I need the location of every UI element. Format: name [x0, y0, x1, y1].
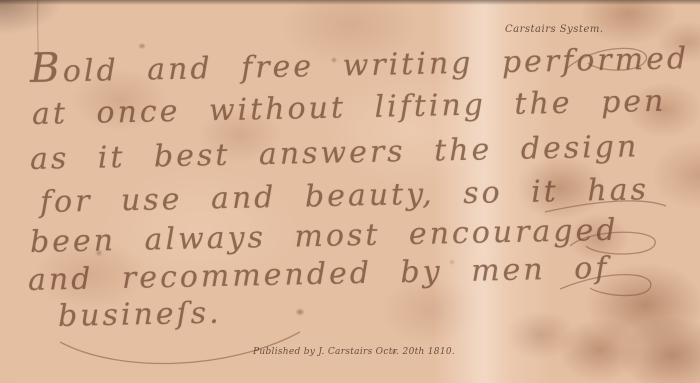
series-caption: Carstairs System.: [505, 24, 604, 35]
handwritten-line-3: as it best answers the design: [30, 132, 640, 175]
manuscript-page: Carstairs System. Bold and free writing …: [0, 0, 700, 383]
handwritten-line-6: and recommended by men of: [28, 254, 610, 296]
publisher-imprint: Published by J. Carstairs Octr. 20th 181…: [253, 347, 455, 357]
handwritten-line-4: for use and beauty, so it has: [40, 175, 650, 218]
handwritten-line-7: busineſs.: [58, 299, 222, 332]
handwritten-line-1: Bold and free writing performed: [30, 34, 690, 88]
handwritten-line-2: at once without lifting the pen: [32, 87, 667, 130]
